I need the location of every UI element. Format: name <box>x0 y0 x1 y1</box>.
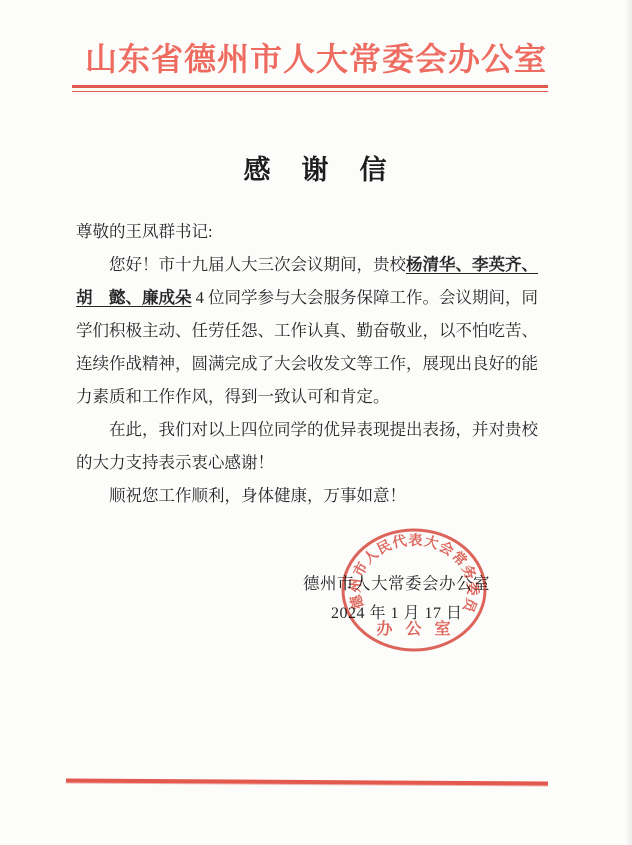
body-line: 学们积极主动、任劳任怨、工作认真、勤奋敬业，以不怕吃苦、 <box>76 314 554 347</box>
body-line: 您好！市十九届人大三次会议期间，贵校杨清华、李英齐、 <box>76 248 554 281</box>
body-text: 在此，我们对以上四位同学的优异表现提出表扬，并对贵校 <box>109 420 538 439</box>
body-lines: 您好！市十九届人大三次会议期间，贵校杨清华、李英齐、胡 懿、廉成朵 4 位同学参… <box>76 248 554 512</box>
salutation: 尊敬的王凤群书记: <box>76 215 554 248</box>
document-title: 感 谢 信 <box>0 148 632 187</box>
body-line: 顺祝您工作顺利，身体健康，万事如意！ <box>76 479 554 512</box>
body-line: 连续作战精神，圆满完成了大会收发文等工作，展现出良好的能 <box>76 347 554 380</box>
body-text: 您好！市十九届人大三次会议期间，贵校 <box>109 255 406 274</box>
body-text: 的大力支持表示衷心感谢！ <box>76 453 274 472</box>
student-name-underlined: 胡 懿、廉成朵 <box>76 288 192 307</box>
body-text: 4 位同学参与大会服务保障工作。会议期间，同 <box>192 288 539 307</box>
seal-bottom-text: 办公室 <box>376 619 463 638</box>
body-line: 力素质和工作作风，得到一致认可和肯定。 <box>76 380 554 413</box>
letter-body: 尊敬的王凤群书记: 您好！市十九届人大三次会议期间，贵校杨清华、李英齐、胡 懿、… <box>76 215 554 512</box>
body-text: 顺祝您工作顺利，身体健康，万事如意！ <box>109 486 406 505</box>
student-name-underlined: 杨清华、李英齐、 <box>406 255 538 274</box>
letterhead-title: 山东省德州市人大常委会办公室 <box>0 34 632 80</box>
body-line: 的大力支持表示衷心感谢！ <box>76 446 554 479</box>
body-text: 力素质和工作作风，得到一致认可和肯定。 <box>76 387 390 406</box>
body-text: 学们积极主动、任劳任怨、工作认真、勤奋敬业，以不怕吃苦、 <box>76 321 538 340</box>
scanned-letter-page: 山东省德州市人大常委会办公室 感 谢 信 尊敬的王凤群书记: 您好！市十九届人大… <box>0 0 632 845</box>
letterhead-divider-line <box>72 85 548 92</box>
seal-ring-text: 德州市人民代表大会常务委员会 <box>330 518 481 615</box>
body-line: 在此，我们对以上四位同学的优异表现提出表扬，并对贵校 <box>76 413 554 446</box>
official-seal: 德州市人民代表大会常务委员会 办公室 <box>330 518 500 663</box>
body-line: 胡 懿、廉成朵 4 位同学参与大会服务保障工作。会议期间，同 <box>76 281 554 314</box>
footer-rule-line <box>66 779 548 785</box>
body-text: 连续作战精神，圆满完成了大会收发文等工作，展现出良好的能 <box>76 354 538 373</box>
